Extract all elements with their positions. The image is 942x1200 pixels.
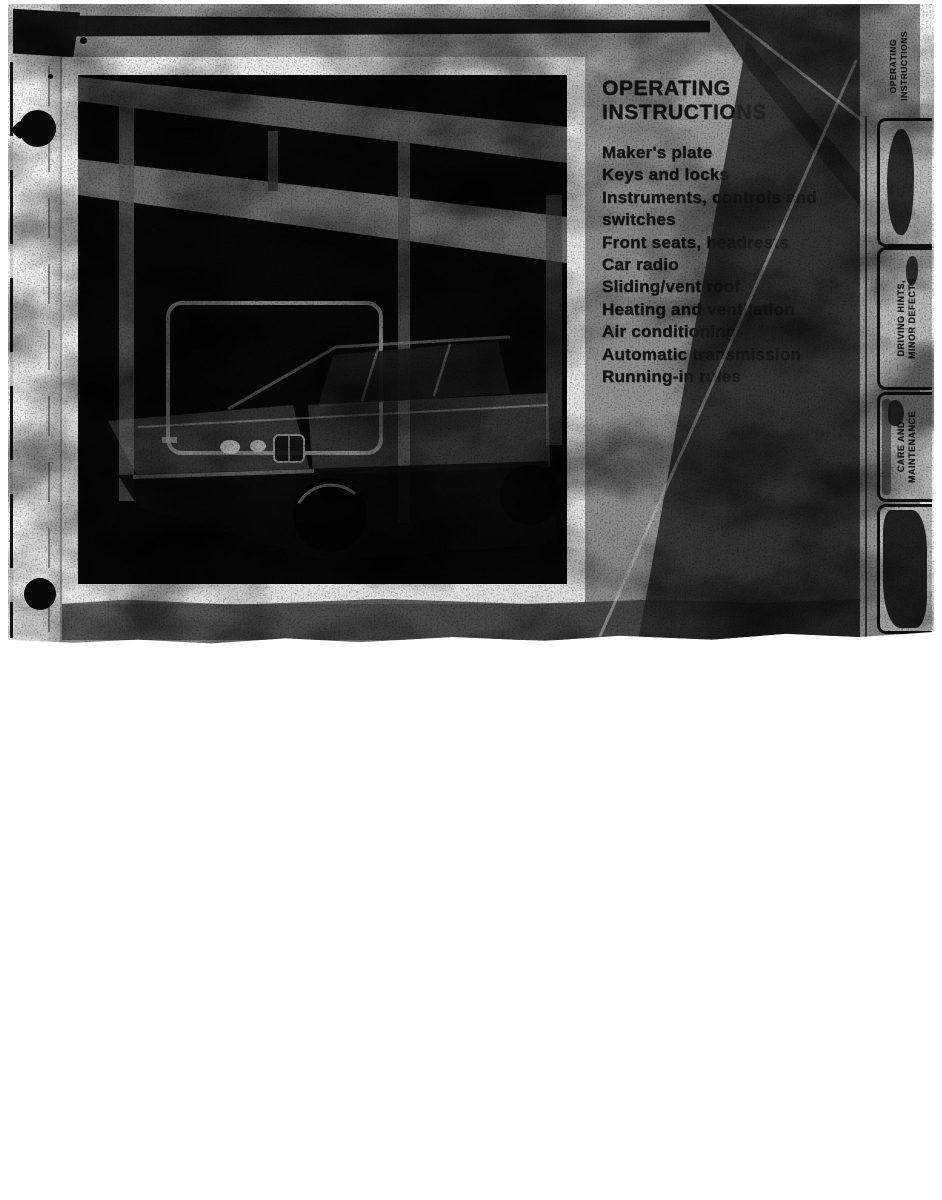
tab-label: CARE AND [896, 421, 906, 472]
tab-unreadable-top [877, 118, 932, 247]
left-margin [8, 4, 60, 646]
ink-speck [48, 74, 53, 79]
scan-artifact-line [48, 66, 50, 632]
scan-artifact-line [10, 62, 13, 638]
tab-unreadable-bottom [877, 504, 932, 634]
ink-smudge [883, 510, 927, 628]
car-photo [78, 75, 567, 584]
ink-speck [152, 228, 156, 232]
ink-smudge [885, 129, 916, 236]
tab-operating-instructions: OPERATING INSTRUCTIONS [888, 12, 909, 120]
punch-hole [24, 578, 56, 610]
tab-driving-hints: DRIVING HINTS, MINOR DEFECTS [877, 247, 932, 390]
photo-frame [62, 57, 585, 604]
car-photo-illustration [78, 75, 567, 584]
top-dark-band [13, 10, 710, 38]
ink-speck [80, 37, 87, 44]
page-title-line1: OPERATING [602, 77, 731, 100]
tab-care-maintenance: CARE AND MAINTENANCE [877, 392, 932, 502]
tab-label: MAINTENANCE [907, 411, 917, 483]
tab-label: OPERATING [888, 39, 898, 93]
page-stack-edge [865, 116, 867, 638]
punch-hole [19, 110, 56, 147]
tab-label: DRIVING HINTS, [896, 280, 906, 357]
scanned-region: OPERATING INSTRUCTIONS Maker's plateKeys… [8, 4, 934, 646]
tab-label: MINOR DEFECTS [907, 278, 917, 359]
top-dark-block [13, 6, 83, 60]
manual-page: OPERATING INSTRUCTIONS Maker's plateKeys… [0, 0, 942, 1200]
tab-label: INSTRUCTIONS [899, 31, 909, 101]
